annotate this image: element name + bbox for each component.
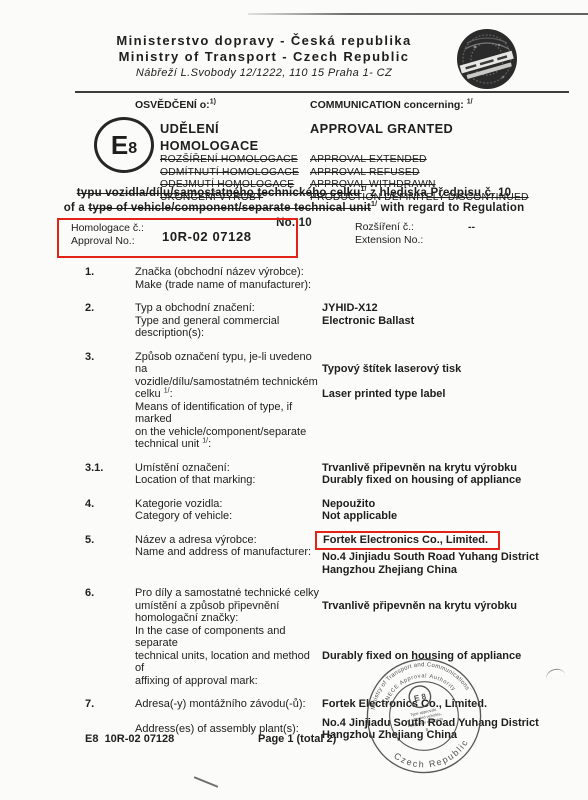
stamp-center-line-4: 8 [425, 727, 429, 733]
item-value: Typový štítek laserový tiskLaser printed… [322, 351, 588, 451]
item-label-line: on the vehicle/component/separate [135, 426, 322, 439]
item-value [322, 266, 588, 291]
item-label-line: affixing of approval mark: [135, 675, 322, 688]
item-value-line: Hangzhou Zhejiang China [322, 564, 588, 577]
certificate-page: Ministerstvo dopravy - Česká republika M… [0, 0, 588, 800]
item-number: 6. [85, 587, 135, 687]
item-label-line: vozidle/dílu/samostatném technickém [135, 376, 322, 389]
ministry-title-cs: Ministerstvo dopravy - Česká republika [0, 33, 528, 49]
item-value: NepoužitoNot applicable [322, 498, 588, 523]
item-label-line: Typ a obchodní značení: [135, 302, 322, 315]
header-divider [75, 91, 569, 93]
approval-status-row: ODMÍTNUTÍ HOMOLOGACEAPPROVAL REFUSED [160, 167, 580, 180]
scan-artifact-stroke [194, 776, 219, 788]
item-value-line: Nepoužito [322, 498, 588, 511]
e-mark-number: 8 [128, 141, 137, 157]
subject-line-en: of a type of vehicle/component/separate … [0, 201, 588, 216]
stamp-ring-bottom-text: Czech Republic [391, 735, 475, 776]
item-label-line: Název a adresa výrobce: [135, 534, 322, 547]
item-label-line: Adresa(-y) montážního závodu(-ů): [135, 698, 322, 711]
footer-page-number: Page 1 (total 2) [258, 733, 336, 745]
item-label-line: Make (trade name of manufacturer): [135, 279, 322, 292]
item-label-line: Location of that marking: [135, 474, 322, 487]
item-number: 4. [85, 498, 135, 523]
communication-label-en: COMMUNICATION concerning: 1/ [310, 99, 473, 111]
extension-value: -- [468, 221, 475, 233]
item-row: 1.Značka (obchodní název výrobce):Make (… [0, 266, 588, 291]
item-value-line: Trvanlivě připevněn na krytu výrobku [322, 462, 588, 475]
item-label-line: celku 1/: [135, 388, 322, 401]
approval-status-row: UDĚLENÍ HOMOLOGACEAPPROVAL GRANTED [160, 120, 580, 154]
approval-number-label-cs: Homologace č.: [71, 222, 144, 235]
item-row: 4.Kategorie vozidla:Category of vehicle:… [0, 498, 588, 523]
item-label: Pro díly a samostatné technické celkyumí… [135, 587, 322, 687]
status-label-en: APPROVAL GRANTED [310, 120, 453, 154]
item-label: Kategorie vozidla:Category of vehicle: [135, 498, 322, 523]
item-row: 3.Způsob označení typu, je-li uvedeno na… [0, 351, 588, 451]
approval-status-row: ROZŠÍŘENÍ HOMOLOGACEAPPROVAL EXTENDED [160, 154, 580, 167]
item-label: Typ a obchodní značení:Type and general … [135, 302, 322, 340]
subject-line-cs: typu vozidla/dílu/samostatného technické… [0, 186, 588, 201]
item-label-line: Kategorie vozidla: [135, 498, 322, 511]
item-value-line: Typový štítek laserový tisk [322, 363, 588, 376]
authority-round-stamp: Ministry of Transport and Communications… [353, 645, 495, 787]
item-label-line: technical unit 1/: [135, 438, 322, 451]
e-mark-letter: E [111, 132, 128, 158]
item-label-line: Značka (obchodní název výrobce): [135, 266, 322, 279]
item-label: Název a adresa výrobce:Name and address … [135, 534, 322, 577]
communication-label-cs: OSVĚDČENÍ o:1) [135, 99, 216, 111]
item-value-line: Fortek Electronics Co., Limited. [322, 534, 588, 552]
item-value-line: Trvanlivě připevněn na krytu výrobku [322, 600, 588, 613]
item-label-line: Umístění označení: [135, 462, 322, 475]
item-number: 1. [85, 266, 135, 291]
approval-number-section: Homologace č.: Approval No.: 10R-02 0712… [0, 218, 588, 260]
item-label-line: description(s): [135, 327, 322, 340]
item-value-line: No.4 Jinjiadu South Road Yuhang District [322, 551, 588, 564]
item-label-line: In the case of components and separate [135, 625, 322, 650]
footer-approval-ref: E8 10R-02 07128 [85, 733, 174, 745]
status-label-en: APPROVAL REFUSED [310, 167, 420, 180]
item-value: Trvanlivě připevněn na krytu výrobkuDura… [322, 462, 588, 487]
item-row: 5.Název a adresa výrobce:Name and addres… [0, 534, 588, 577]
extension-label-en: Extension No.: [355, 234, 423, 247]
item-label-line: Způsob označení typu, je-li uvedeno na [135, 351, 322, 376]
approval-number-value: 10R-02 07128 [162, 229, 252, 244]
item-value: JYHID-X12Electronic Ballast [322, 302, 588, 340]
item-label: Značka (obchodní název výrobce):Make (tr… [135, 266, 322, 291]
approval-number-label-en: Approval No.: [71, 235, 144, 248]
scan-artifact-line [248, 13, 588, 15]
items-list: 1.Značka (obchodní název výrobce):Make (… [0, 266, 588, 753]
item-row: 2.Typ a obchodní značení:Type and genera… [0, 302, 588, 340]
item-row: 6.Pro díly a samostatné technické celkyu… [0, 587, 588, 687]
item-label-line: Means of identification of type, if mark… [135, 401, 322, 426]
manufacturer-highlight-box: Fortek Electronics Co., Limited. [315, 531, 500, 551]
item-number: 2. [85, 302, 135, 340]
item-value-line: Laser printed type label [322, 388, 588, 401]
item-row: 3.1.Umístění označení:Location of that m… [0, 462, 588, 487]
approval-number-highlight-box: Homologace č.: Approval No.: 10R-02 0712… [57, 218, 298, 258]
item-label-line: umístění a způsob připevnění [135, 600, 322, 613]
status-label-cs: UDĚLENÍ HOMOLOGACE [160, 120, 310, 154]
item-number: 3. [85, 351, 135, 451]
item-number: 5. [85, 534, 135, 577]
item-label-line: Name and address of manufacturer: [135, 546, 322, 559]
item-number: 3.1. [85, 462, 135, 487]
extension-label-cs: Rozšíření č.: [355, 221, 423, 234]
item-label: Způsob označení typu, je-li uvedeno navo… [135, 351, 322, 451]
item-label: Umístění označení:Location of that marki… [135, 462, 322, 487]
stamp-e8-mark: E 8 [413, 692, 427, 703]
extension-labels: Rozšíření č.: Extension No.: [355, 221, 423, 247]
svg-text:Czech Republic: Czech Republic [391, 735, 475, 776]
ministry-emblem-seal-icon [455, 27, 519, 91]
e8-approval-mark: E 8 [94, 117, 154, 173]
item-label-line: Type and general commercial [135, 315, 322, 328]
item-value-line: Durably fixed on housing of appliance [322, 474, 588, 487]
status-label-cs: ODMÍTNUTÍ HOMOLOGACE [160, 167, 310, 180]
item-value: Fortek Electronics Co., Limited.No.4 Jin… [322, 534, 588, 577]
ministry-address: Nábřeží L.Svobody 12/1222, 110 15 Praha … [0, 67, 528, 79]
item-label-line: technical units, location and method of [135, 650, 322, 675]
item-label-line: Pro díly a samostatné technické celky [135, 587, 322, 600]
item-value-line: Not applicable [322, 510, 588, 523]
status-label-en: APPROVAL EXTENDED [310, 154, 427, 167]
status-label-cs: ROZŠÍŘENÍ HOMOLOGACE [160, 154, 310, 167]
approval-number-labels: Homologace č.: Approval No.: [71, 222, 144, 248]
item-label-line: homologační značky: [135, 612, 322, 625]
item-value-line: Electronic Ballast [322, 315, 588, 328]
item-label-line: Category of vehicle: [135, 510, 322, 523]
ministry-title-en: Ministry of Transport - Czech Republic [0, 49, 528, 65]
item-value-line: JYHID-X12 [322, 302, 588, 315]
